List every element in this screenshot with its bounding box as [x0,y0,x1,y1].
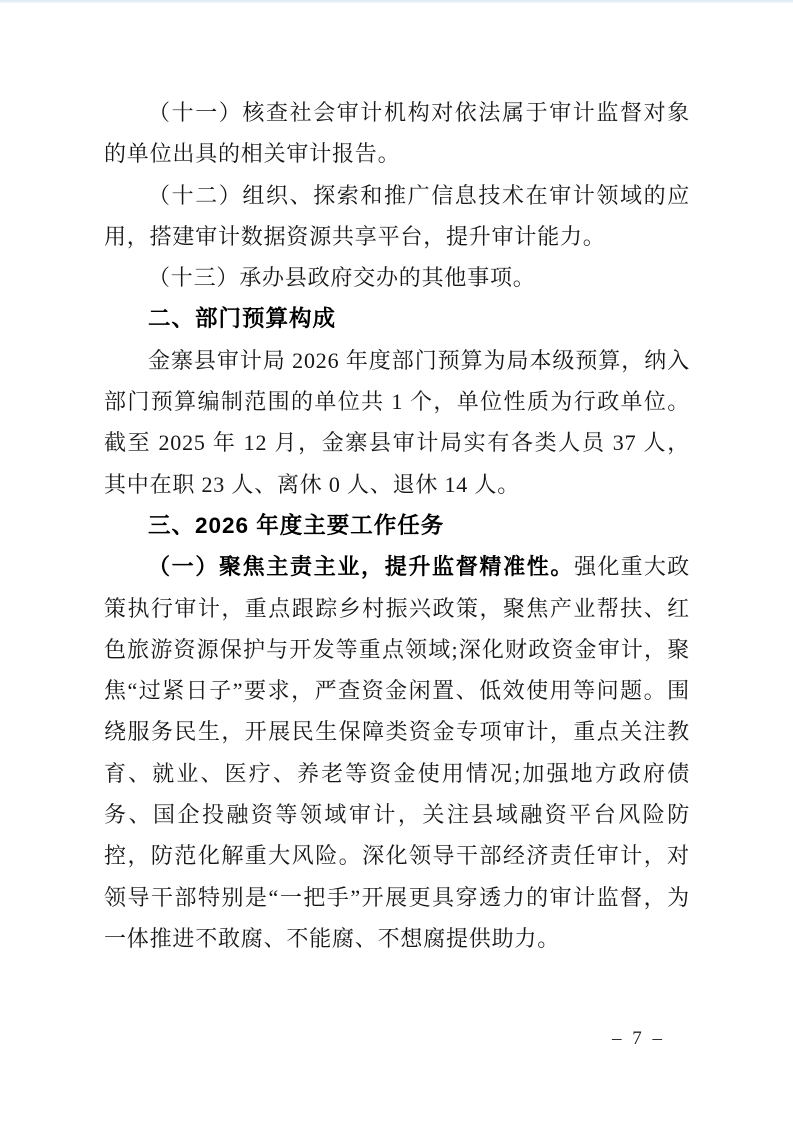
document-page: （十一）核查社会审计机构对依法属于审计监督对象的单位出具的相关审计报告。（十二）… [0,0,793,1122]
body-paragraph: （十三）承办县政府交办的其他事项。 [104,257,690,298]
page-number: – 7 – [612,1028,665,1050]
section-heading: 二、部门预算构成 [104,298,690,339]
section-heading: 三、2026 年度主要工作任务 [104,505,690,546]
body-paragraph: （一）聚焦主责主业，提升监督精准性。强化重大政策执行审计，重点跟踪乡村振兴政策，… [104,546,690,959]
page-top-edge-tint [0,0,793,3]
body-paragraph: （十一）核查社会审计机构对依法属于审计监督对象的单位出具的相关审计报告。 [104,92,690,175]
document-body: （十一）核查社会审计机构对依法属于审计监督对象的单位出具的相关审计报告。（十二）… [104,92,690,959]
paragraph-lead-bold: （一）聚焦主责主业，提升监督精准性。 [148,554,574,579]
body-paragraph: 金寨县审计局 2026 年度部门预算为局本级预算，纳入部门预算编制范围的单位共 … [104,340,690,505]
body-paragraph: （十二）组织、探索和推广信息技术在审计领域的应用，搭建审计数据资源共享平台，提升… [104,175,690,258]
